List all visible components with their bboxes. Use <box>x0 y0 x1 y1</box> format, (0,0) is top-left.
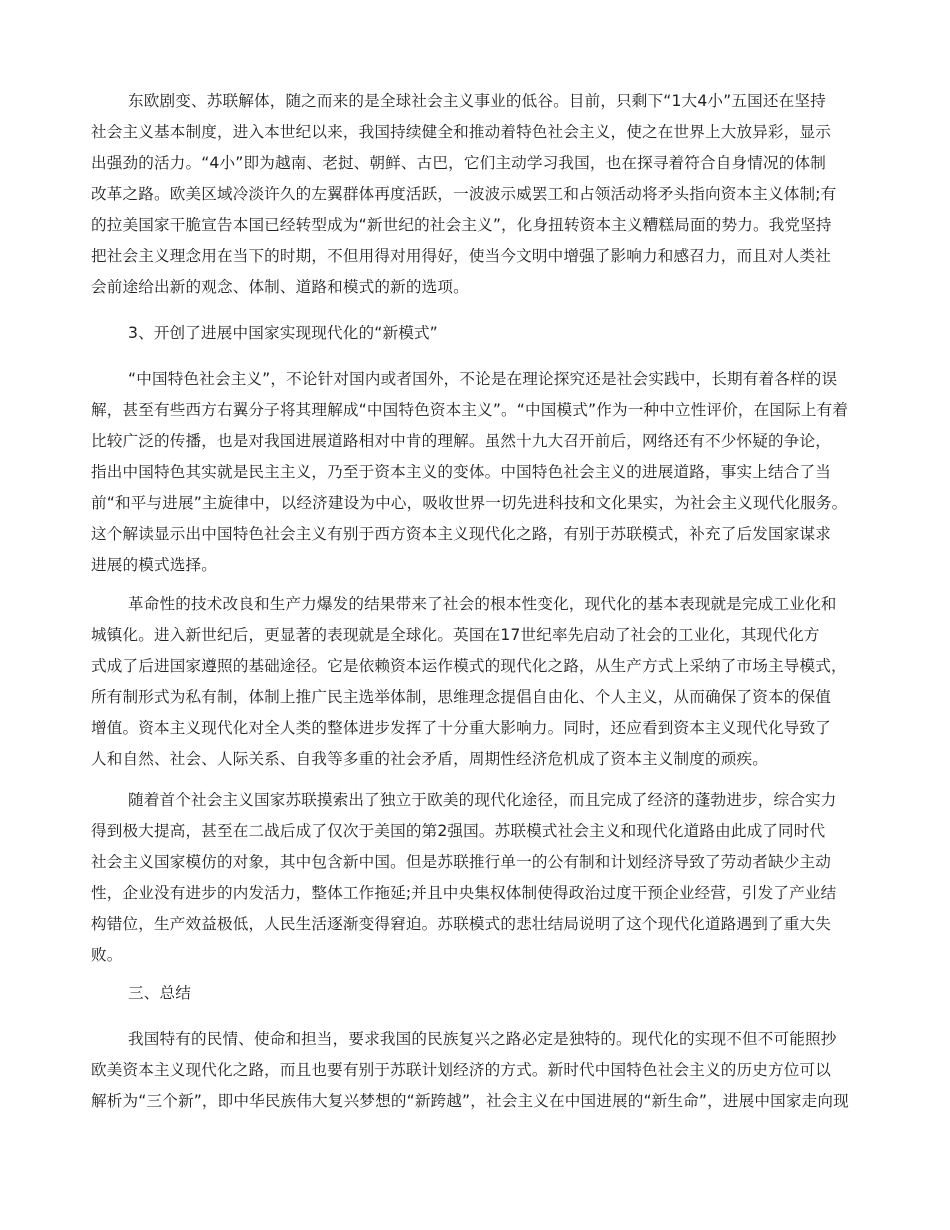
text-line: 会前途给出新的观念、体制、道路和模式的新的选项。 <box>91 277 851 297</box>
text-line: 我国特有的民情、使命和担当，要求我国的民族复兴之路必定是独特的。现代化的实现不但… <box>128 1029 888 1049</box>
text-line: 革命性的技术改良和生产力爆发的结果带来了社会的根本性变化，现代化的基本表现就是完… <box>128 594 888 614</box>
text-line: 性，企业没有进步的内发活力，整体工作拖延;并且中央集权体制使得政治过度干预企业经… <box>91 883 851 903</box>
text-line: 城镇化。进入新世纪后，更显著的表现就是全球化。英国在17世纪率先启动了社会的工业… <box>91 625 851 645</box>
text-line: 式成了后进国家遵照的基础途径。它是依赖资本运作模式的现代化之路，从生产方式上采纳… <box>91 656 851 676</box>
text-line: 得到极大提高，甚至在二战后成了仅次于美国的第2强国。苏联模式社会主义和现代化道路… <box>91 821 851 841</box>
text-line: 欧美资本主义现代化之路，而且也要有别于苏联计划经济的方式。新时代中国特色社会主义… <box>91 1060 851 1080</box>
text-line: 所有制形式为私有制，体制上推广民主选举体制，思维理念提倡自由化、个人主义，从而确… <box>91 687 851 707</box>
text-line: 增值。资本主义现代化对全人类的整体进步发挥了十分重大影响力。同时，还应看到资本主… <box>91 718 851 738</box>
text-line: “中国特色社会主义”，不论针对国内或者国外，不论是在理论探究还是社会实践中，长期… <box>128 369 888 389</box>
section-heading-new-model: 3、开创了进展中国家实现现代化的“新模式” <box>128 323 888 343</box>
text-line: 人和自然、社会、人际关系、自我等多重的社会矛盾，周期性经济危机成了资本主义制度的… <box>91 749 851 769</box>
text-line: 东欧剧变、苏联解体，随之而来的是全球社会主义事业的低谷。目前，只剩下“1大4小”… <box>128 91 888 111</box>
text-line: 出强劲的活力。“4小”即为越南、老挝、朝鲜、古巴，它们主动学习我国，也在探寻着符… <box>91 153 851 173</box>
text-line: 比较广泛的传播，也是对我国进展道路相对中肯的理解。虽然十九大召开前后，网络还有不… <box>91 431 851 451</box>
text-line: 随着首个社会主义国家苏联摸索出了独立于欧美的现代化途径，而且完成了经济的蓬勃进步… <box>128 790 888 810</box>
section-heading-summary: 三、总结 <box>128 983 888 1003</box>
text-line: 的拉美国家干脆宣告本国已经转型成为“新世纪的社会主义”，化身扭转资本主义糟糕局面… <box>91 215 851 235</box>
text-line: 把社会主义理念用在当下的时期，不但用得对用得好，使当今文明中增强了影响力和感召力… <box>91 246 851 266</box>
text-line: 构错位，生产效益极低，人民生活逐渐变得窘迫。苏联模式的悲壮结局说明了这个现代化道… <box>91 914 851 934</box>
text-line: 进展的模式选择。 <box>91 555 851 575</box>
text-line: 这个解读显示出中国特色社会主义有别于西方资本主义现代化之路，有别于苏联模式，补充… <box>91 524 851 544</box>
text-line: 改革之路。欧美区域冷淡许久的左翼群体再度活跃，一波波示威罢工和占领活动将矛头指向… <box>91 184 851 204</box>
document-page: 东欧剧变、苏联解体，随之而来的是全球社会主义事业的低谷。目前，只剩下“1大4小”… <box>0 0 950 1230</box>
text-line: 指出中国特色其实就是民主主义，乃至于资本主义的变体。中国特色社会主义的进展道路，… <box>91 462 851 482</box>
text-line: 社会主义基本制度，进入本世纪以来，我国持续健全和推动着特色社会主义，使之在世界上… <box>91 122 851 142</box>
text-line: 解，甚至有些西方右翼分子将其理解成“中国特色资本主义”。“中国模式”作为一种中立… <box>91 400 851 420</box>
text-line: 社会主义国家模仿的对象，其中包含新中国。但是苏联推行单一的公有制和计划经济导致了… <box>91 852 851 872</box>
text-line: 前“和平与进展”主旋律中，以经济建设为中心，吸收世界一切先进科技和文化果实，为社… <box>91 493 851 513</box>
text-line: 败。 <box>91 945 851 965</box>
text-line: 解析为“三个新”，即中华民族伟大复兴梦想的“新跨越”，社会主义在中国进展的“新生… <box>91 1091 851 1111</box>
